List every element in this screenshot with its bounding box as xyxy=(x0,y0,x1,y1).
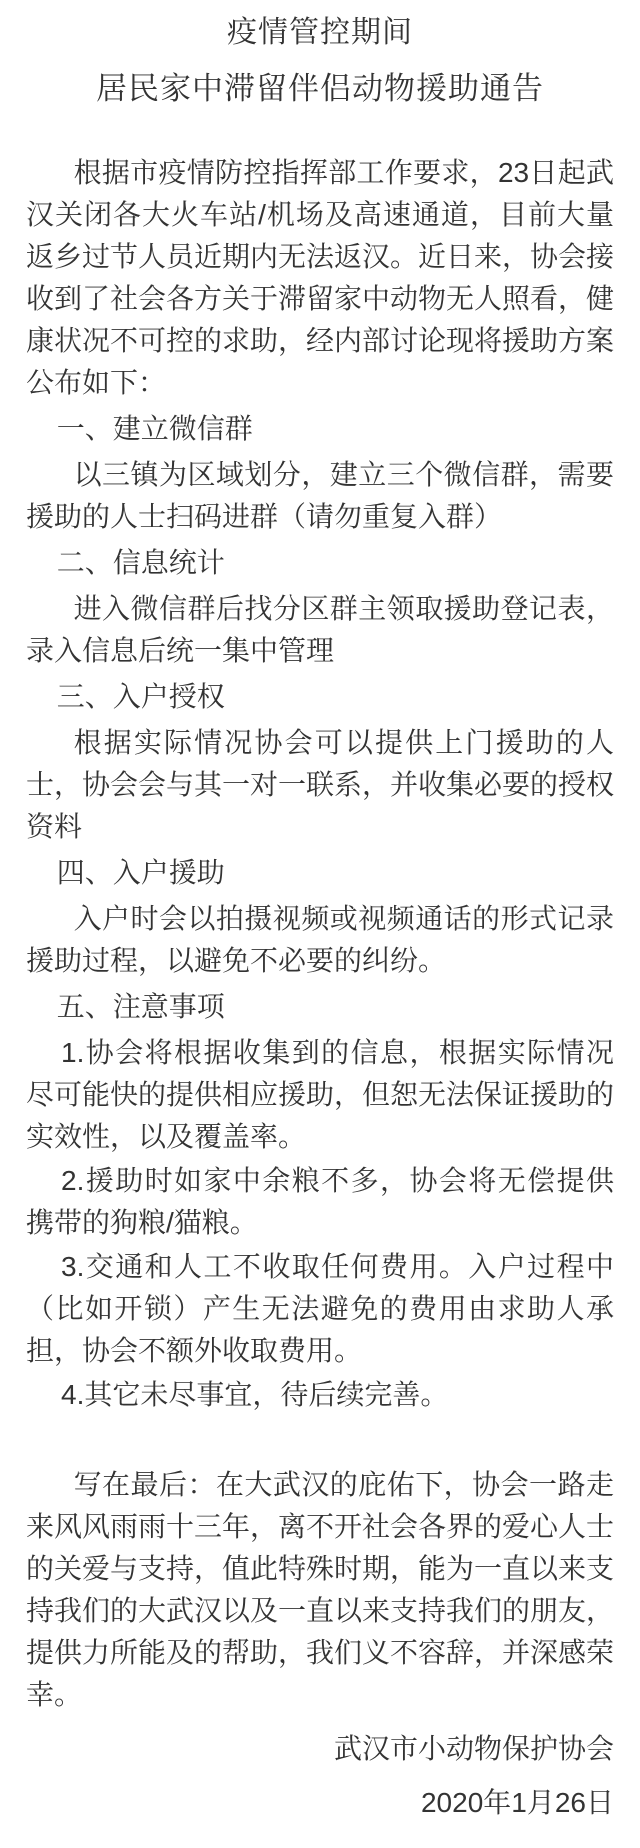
closing-paragraph: 写在最后：在大武汉的庇佑下，协会一路走来风风雨雨十三年，离不开社会各界的爱心人士… xyxy=(26,1464,614,1716)
notice-title-line2: 居民家中滞留伴侣动物援助通告 xyxy=(26,70,614,109)
date: 2020年1月26日 xyxy=(26,1782,614,1824)
section-1-heading: 一、建立微信群 xyxy=(26,408,614,450)
section-5-item-1: 1.协会将根据收集到的信息，根据实际情况尽可能快的提供相应援助，但恕无法保证援助… xyxy=(26,1032,614,1158)
section-5-item-2: 2.援助时如家中余粮不多，协会将无偿提供携带的狗粮/猫粮。 xyxy=(26,1160,614,1244)
intro-paragraph: 根据市疫情防控指挥部工作要求，23日起武汉关闭各大火车站/机场及高速通道，目前大… xyxy=(26,152,614,404)
section-4-body: 入户时会以拍摄视频或视频通话的形式记录援助过程，以避免不必要的纠纷。 xyxy=(26,898,614,982)
notice-document: 疫情管控期间 居民家中滞留伴侣动物援助通告 根据市疫情防控指挥部工作要求，23日… xyxy=(0,0,640,1848)
section-1-body: 以三镇为区域划分，建立三个微信群，需要援助的人士扫码进群（请勿重复入群） xyxy=(26,454,614,538)
section-5-item-3: 3.交通和人工不收取任何费用。入户过程中（比如开锁）产生无法避免的费用由求助人承… xyxy=(26,1246,614,1372)
section-4-heading: 四、入户援助 xyxy=(26,852,614,894)
section-2-body: 进入微信群后找分区群主领取援助登记表，录入信息后统一集中管理 xyxy=(26,588,614,672)
signature: 武汉市小动物保护协会 xyxy=(26,1728,614,1770)
section-2-heading: 二、信息统计 xyxy=(26,542,614,584)
section-5-heading: 五、注意事项 xyxy=(26,986,614,1028)
section-5-item-4: 4.其它未尽事宜，待后续完善。 xyxy=(26,1374,614,1416)
notice-title-line1: 疫情管控期间 xyxy=(26,14,614,52)
section-3-heading: 三、入户授权 xyxy=(26,676,614,718)
section-3-body: 根据实际情况协会可以提供上门援助的人士，协会会与其一对一联系，并收集必要的授权资… xyxy=(26,722,614,848)
